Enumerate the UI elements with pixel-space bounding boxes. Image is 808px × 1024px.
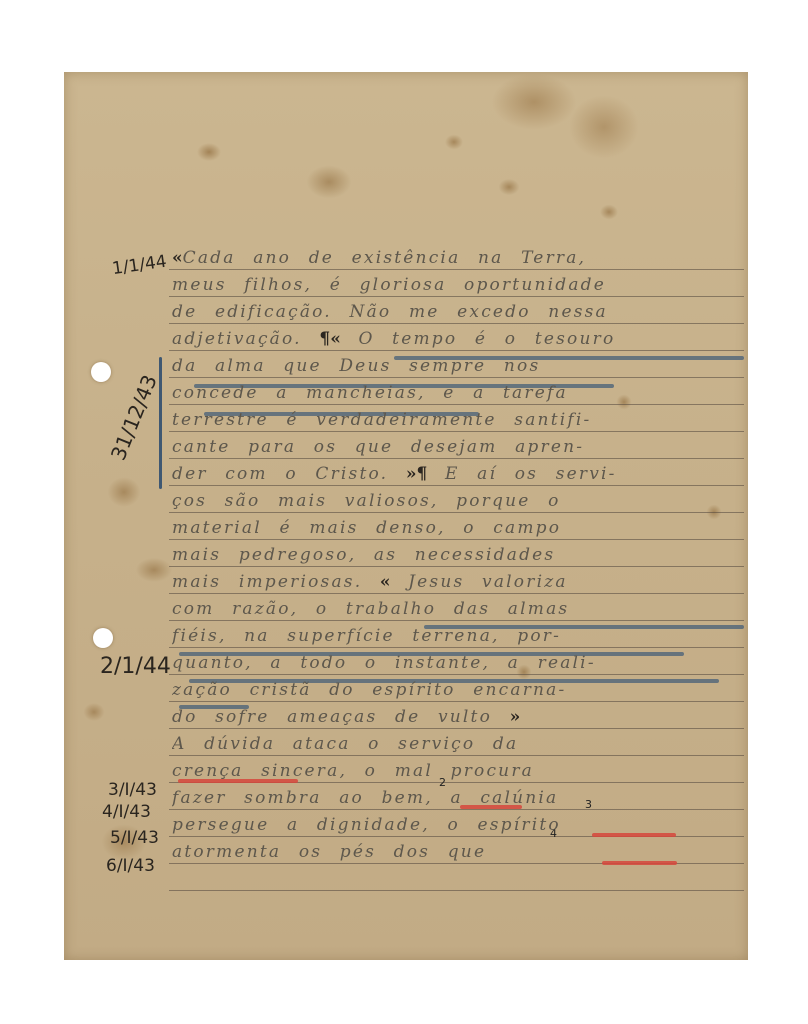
text-line: terrestre é verdadeiramente santifi-	[172, 407, 744, 433]
text-line: zação cristã do espírito encarna-	[172, 677, 744, 703]
margin-date: 2/1/44	[100, 657, 180, 677]
text-line: meus filhos, é gloriosa oportunidade	[172, 272, 744, 298]
text-line: der com o Cristo. »¶ E aí os servi-	[172, 461, 744, 487]
text-line: material é mais denso, o campo	[172, 515, 744, 541]
margin-date: 1/1/44	[111, 251, 173, 279]
text-line: do sofre ameaças de vulto »	[172, 704, 744, 730]
text-line: crença sincera, o mal procura	[172, 758, 744, 784]
margin-date: 4/I/43	[102, 802, 151, 822]
text-line: da alma que Deus sempre nos	[172, 353, 744, 379]
text-line: persegue a dignidade, o espírito	[172, 812, 744, 838]
margin-date: 5/I/43	[110, 828, 159, 848]
text-line: ços são mais valiosos, porque o	[172, 488, 744, 514]
text-line: mais pedregoso, as necessidades	[172, 542, 744, 568]
margin-date: 31/12/43	[108, 381, 157, 463]
text-line: adjetivação. ¶« O tempo é o tesouro	[172, 326, 744, 352]
text-line: quanto, a todo o instante, a reali-	[172, 650, 744, 676]
text-line: fazer sombra ao bem, a calúnia	[172, 785, 744, 811]
text-line: A dúvida ataca o serviço da	[172, 731, 744, 757]
margin-date: 6/I/43	[106, 856, 155, 876]
text-line: com razão, o trabalho das almas	[172, 596, 744, 622]
text-line: cante para os que desejam apren-	[172, 434, 744, 460]
text-line: concede a mancheias, e a tarefa	[172, 380, 744, 406]
manuscript-page: 1/1/44 31/12/43 2/1/44 3/I/43 4/I/43 5/I…	[64, 72, 748, 960]
text-line: atormenta os pés dos que	[172, 839, 744, 865]
margin-blue-bracket	[159, 357, 162, 489]
text-line: de edificação. Não me excedo nessa	[172, 299, 744, 325]
margin-date: 3/I/43	[108, 780, 157, 800]
text-line: mais imperiosas. « Jesus valoriza	[172, 569, 744, 595]
text-line: «Cada ano de existência na Terra,	[172, 245, 744, 271]
hole-punch-bottom	[93, 628, 113, 648]
hole-punch-top	[91, 362, 111, 382]
text-line: fiéis, na superfície terrena, por-	[172, 623, 744, 649]
